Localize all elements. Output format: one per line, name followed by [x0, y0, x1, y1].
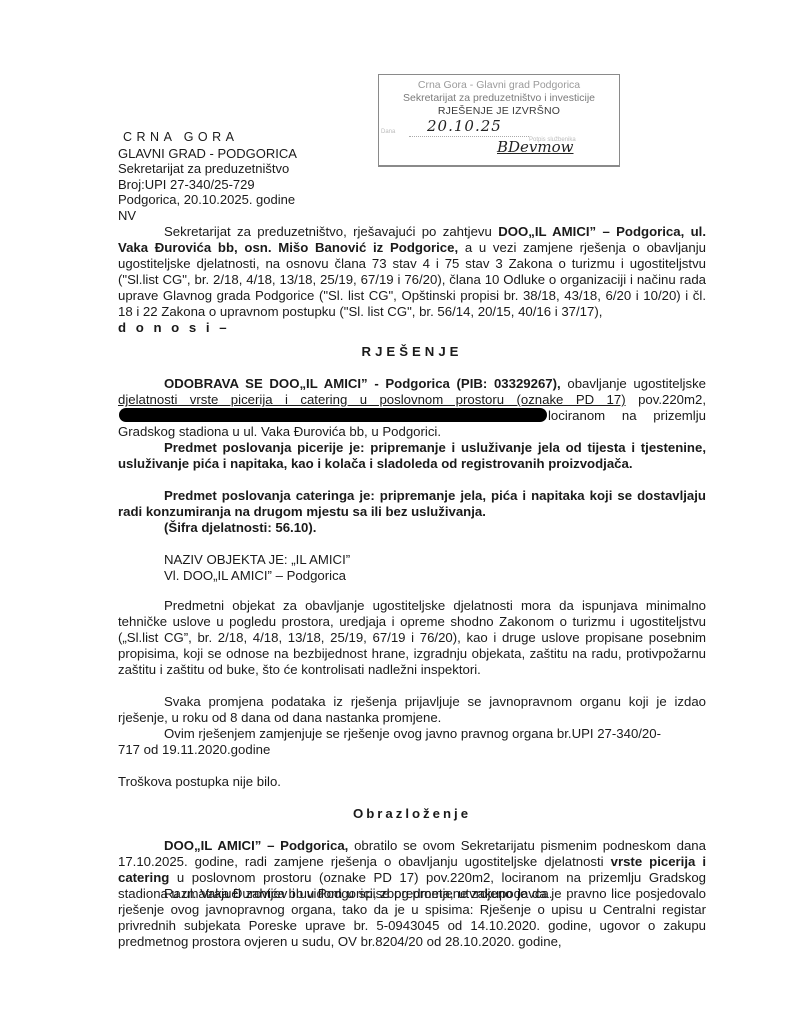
changes-paragraph: Svaka promjena podataka iz rješenja prij…: [118, 694, 706, 726]
decision-title: RJEŠENJE: [118, 344, 706, 360]
object-name: NAZIV OBJEKTA JE: „IL AMICI”: [164, 552, 704, 568]
preamble-paragraph: Sekretarijat za preduzetništvo, rješavaj…: [118, 224, 706, 320]
stamp-secretariat: Sekretarijat za preduzetništvo i investi…: [379, 92, 619, 105]
activity-code: (Šifra djelatnosti: 56.10).: [164, 520, 704, 536]
preamble-donosi: d o n o s i –: [118, 320, 706, 336]
header-initials: NV: [118, 208, 297, 224]
header-city: GLAVNI GRAD - PODGORICA: [118, 146, 297, 162]
requirements-paragraph: Predmetni objekat za obavljanje ugostite…: [118, 598, 706, 678]
header-case-number: Broj:UPI 27-340/25-729: [118, 177, 297, 193]
approval-paragraph: ODOBRAVA SE DOO„IL AMICI” - Podgorica (P…: [118, 376, 706, 440]
header-secretariat: Sekretarijat za preduzetništvo: [118, 161, 297, 177]
header-place-date: Podgorica, 20.10.2025. godine: [118, 192, 297, 208]
catering-scope: Predmet poslovanja cateringa je: priprem…: [118, 488, 706, 520]
approval-text: obavljanje ugostiteljske: [561, 376, 706, 391]
header-country: CRNA GORA: [123, 130, 297, 146]
reasoning-applicant: DOO„IL AMICI” – Podgorica,: [164, 838, 348, 853]
document-page: Crna Gora - Glavni grad Podgorica Sekret…: [0, 0, 791, 1024]
stamp-signature: BDevmow: [497, 141, 574, 154]
replacement-line-2: 717 od 19.11.2020.godine: [118, 742, 706, 758]
approval-area: pov.220m2,: [638, 392, 706, 407]
document-header: CRNA GORA GLAVNI GRAD - PODGORICA Sekret…: [118, 130, 297, 223]
stamp-date-label: Dana: [381, 126, 395, 139]
stamp-date: 20.10.25: [427, 120, 502, 133]
replacement-line-1: Ovim rješenjem zamjenjuje se rješenje ov…: [164, 726, 704, 742]
pizzeria-scope: Predmet poslovanja picerije je: priprema…: [118, 440, 706, 472]
preamble-text-start: Sekretarijat za preduzetništvo, rješavaj…: [164, 224, 498, 239]
approval-located: lociranom: [548, 408, 605, 423]
redaction-bar: [119, 408, 547, 422]
reasoning-title: Obrazloženje: [118, 806, 706, 822]
execution-stamp: Crna Gora - Glavni grad Podgorica Sekret…: [378, 74, 620, 167]
stamp-date-line: [409, 136, 529, 137]
reasoning-paragraph-2: Razmatrajući zahtjev i uvidom u spise pr…: [118, 886, 706, 950]
approval-activity: djelatnosti vrste picerija i catering u …: [118, 392, 626, 407]
object-owner: Vl. DOO„IL AMICI” – Podgorica: [164, 568, 704, 584]
approval-company: ODOBRAVA SE DOO„IL AMICI” - Podgorica (P…: [164, 376, 561, 391]
costs-statement: Troškova postupka nije bilo.: [118, 774, 706, 790]
stamp-authority: Crna Gora - Glavni grad Podgorica: [379, 79, 619, 92]
